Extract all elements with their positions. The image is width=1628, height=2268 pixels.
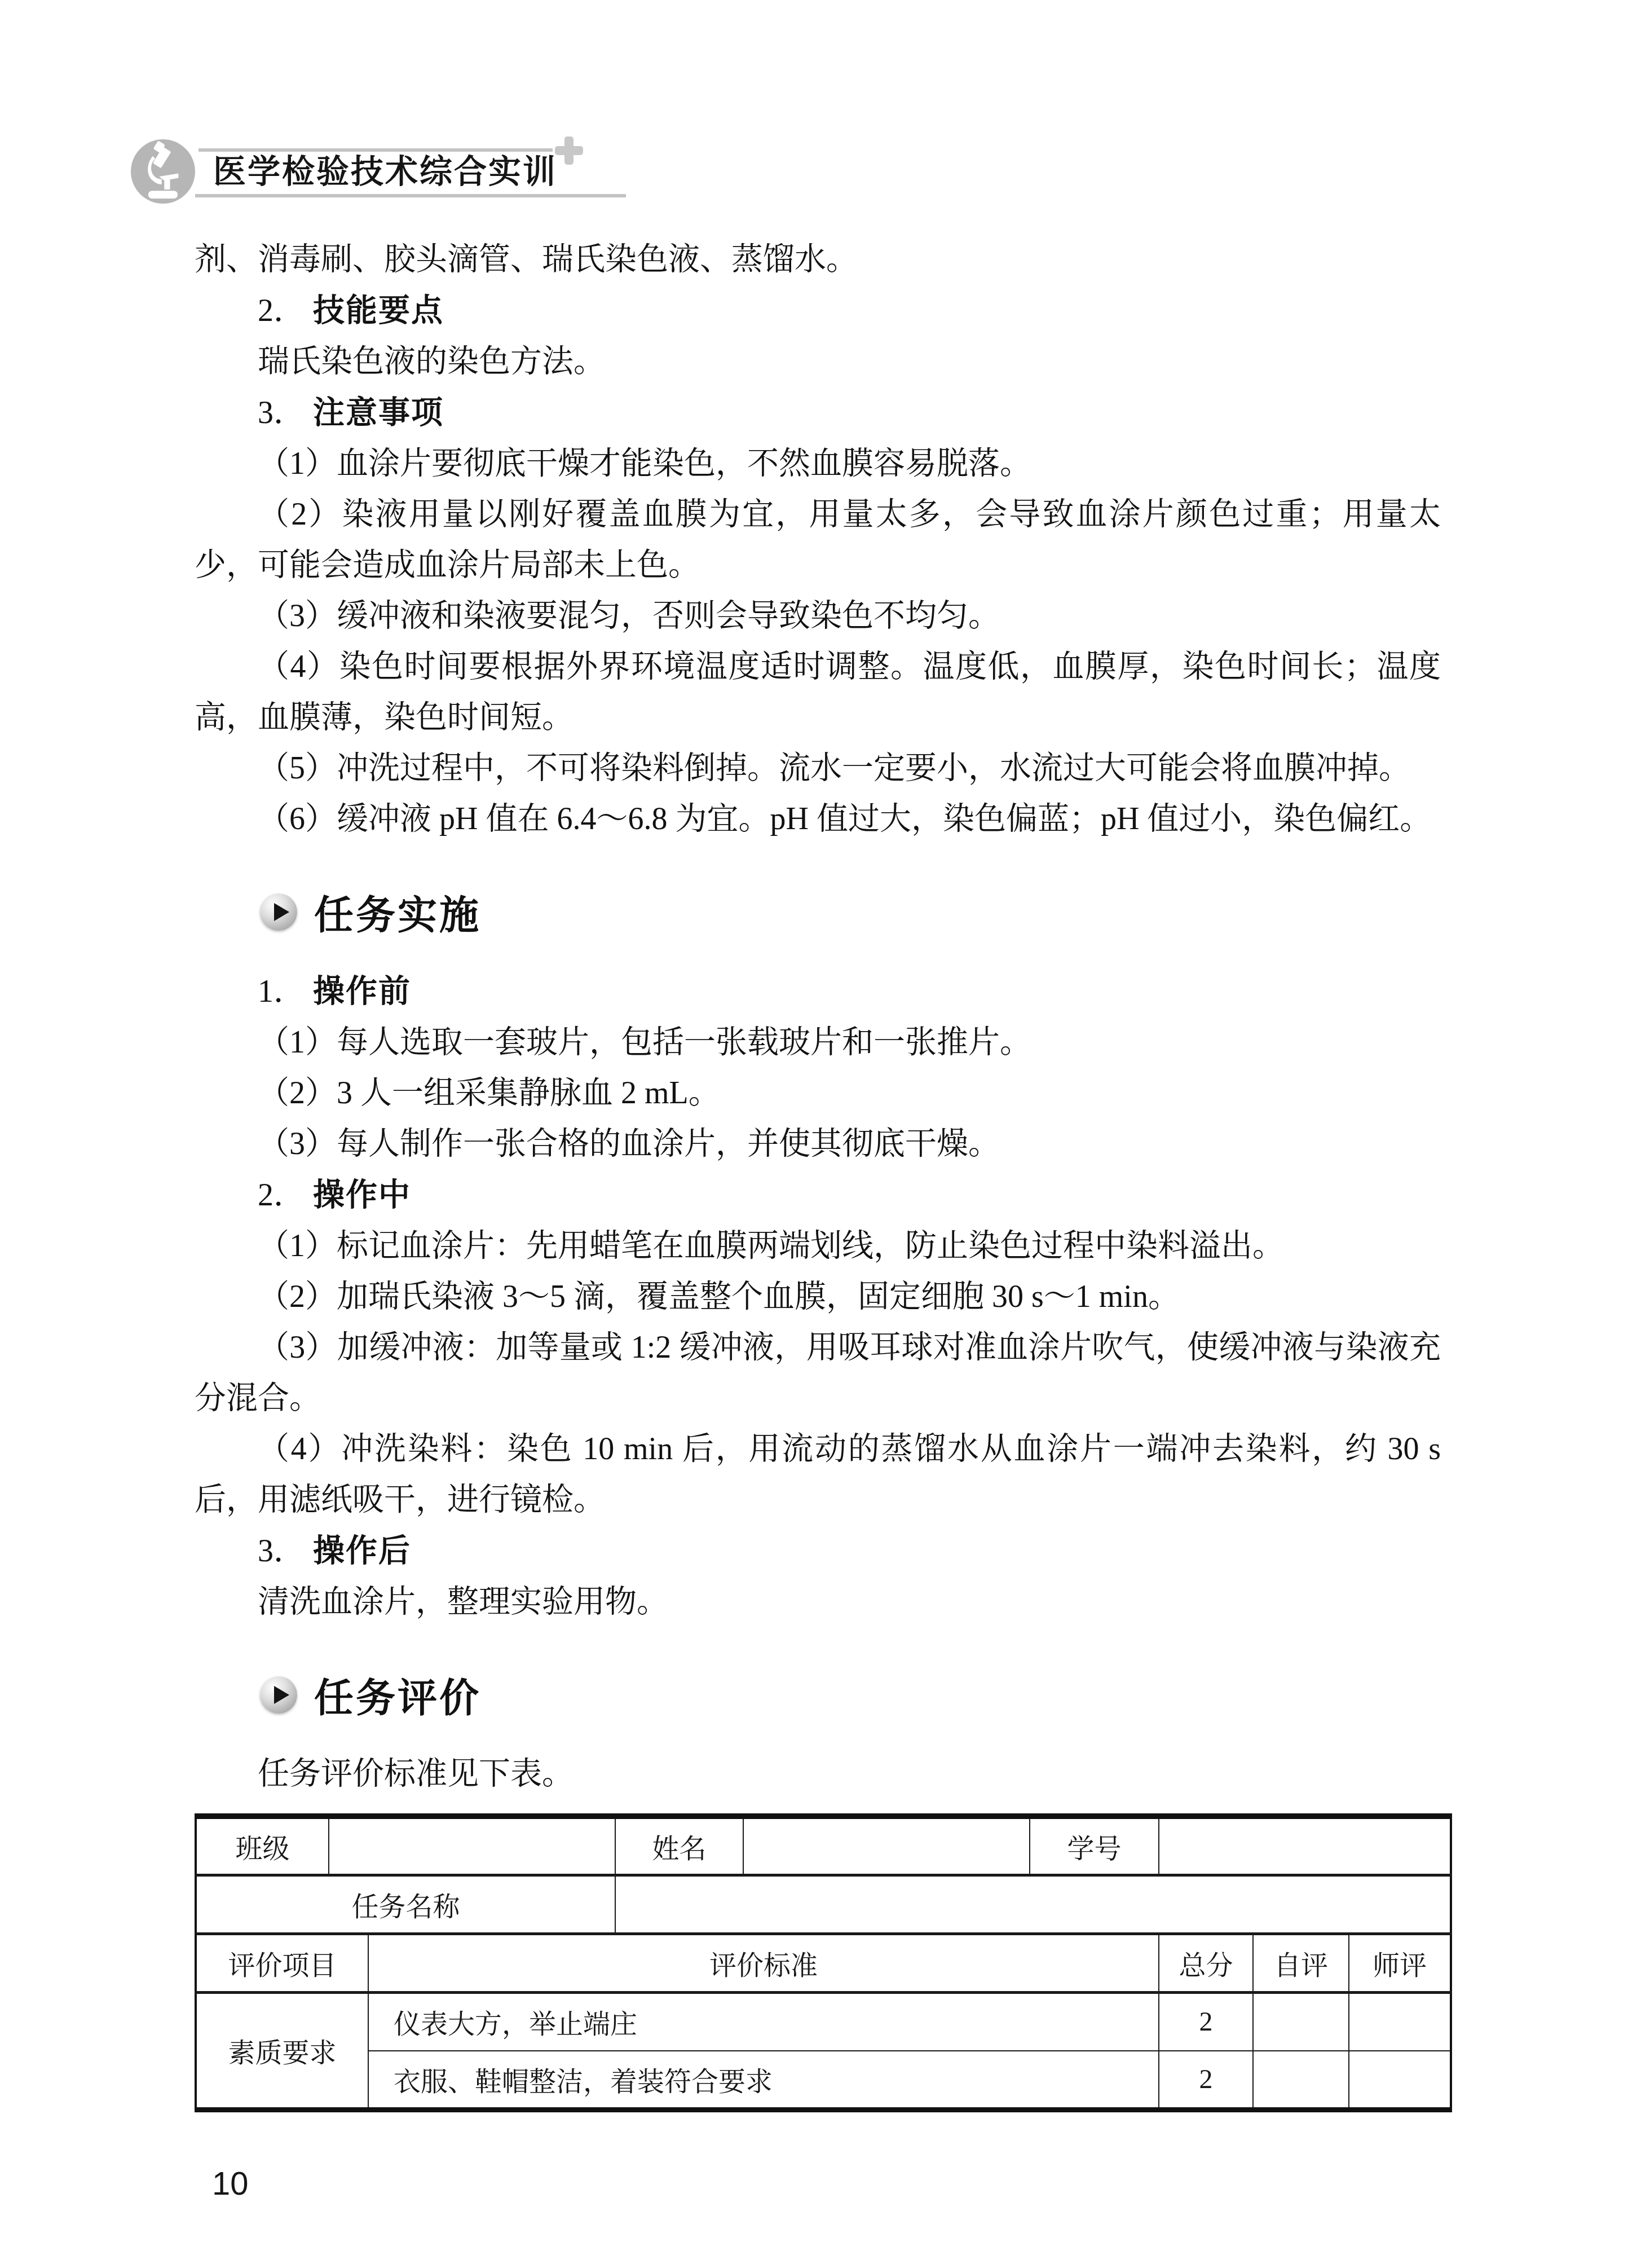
name-label-cell: 姓名: [615, 1816, 743, 1875]
body-paragraph: （4）冲洗染料：染色 10 min 后，用流动的蒸馏水从血涂片一端冲去染料，约 …: [195, 1424, 1441, 1525]
body-paragraph: 剂、消毒刷、胶头滴管、瑞氏染色液、蒸馏水。: [195, 234, 1441, 285]
table-row: 素质要求 仪表大方，举止端庄 2: [196, 1992, 1451, 2051]
subsection-heading: 2．技能要点: [195, 285, 1441, 336]
section-title: 任务实施: [314, 884, 481, 941]
microscope-icon: [131, 139, 195, 204]
body-paragraph: （4）染色时间要根据外界环境温度适时调整。温度低，血膜厚，染色时间长；温度高，血…: [195, 641, 1441, 743]
total-score-cell: 2: [1159, 1992, 1253, 2051]
teacher-header-cell: 师评: [1349, 1934, 1451, 1992]
body-paragraph: （1）血涂片要彻底干燥才能染色，不然血膜容易脱落。: [195, 438, 1441, 489]
task-name-value-cell: [615, 1875, 1451, 1934]
self-score-cell: [1253, 2051, 1349, 2110]
table-header-row: 评价项目 评价标准 总分 自评 师评: [196, 1934, 1451, 1992]
class-value-cell: [329, 1816, 615, 1875]
eval-criteria-header-cell: 评价标准: [368, 1934, 1159, 1992]
subsection-heading: 1．操作前: [195, 966, 1441, 1017]
play-icon: [260, 893, 297, 931]
student-id-value-cell: [1159, 1816, 1451, 1875]
subsection-heading: 3．操作后: [195, 1525, 1441, 1576]
subsection-label: 技能要点: [313, 292, 444, 328]
body-paragraph: （2）3 人一组采集静脉血 2 mL。: [195, 1068, 1441, 1118]
body-paragraph: （2）染液用量以刚好覆盖血膜为宜，用量太多，会导致血涂片颜色过重；用量太少，可能…: [195, 489, 1441, 591]
body-paragraph: （3）每人制作一张合格的血涂片，并使其彻底干燥。: [195, 1118, 1441, 1169]
criteria-cell: 仪表大方，举止端庄: [368, 1992, 1159, 2051]
textbook-page: 医学检验技术综合实训 剂、消毒刷、胶头滴管、瑞氏染色液、蒸馏水。 2．技能要点 …: [0, 0, 1628, 2268]
eval-item-header-cell: 评价项目: [196, 1934, 368, 1992]
subsection-label: 操作后: [313, 1532, 411, 1568]
total-score-cell: 2: [1159, 2051, 1253, 2110]
subsection-number: 3．: [258, 395, 305, 430]
body-paragraph: 瑞氏染色液的染色方法。: [195, 336, 1441, 387]
subsection-label: 操作前: [313, 973, 411, 1009]
student-id-label-cell: 学号: [1030, 1816, 1159, 1875]
book-title: 医学检验技术综合实训: [213, 155, 557, 190]
task-name-label-cell: 任务名称: [196, 1875, 615, 1934]
header-rule-bottom: [195, 194, 626, 197]
page-number: 10: [212, 2165, 249, 2203]
total-header-cell: 总分: [1159, 1934, 1253, 1992]
body-paragraph: （3）缓冲液和染液要混匀，否则会导致染色不均匀。: [195, 591, 1441, 641]
teacher-score-cell: [1349, 2051, 1451, 2110]
subsection-label: 注意事项: [313, 394, 444, 430]
body-paragraph: （1）标记血涂片：先用蜡笔在血膜两端划线，防止染色过程中染料溢出。: [195, 1221, 1441, 1271]
body-paragraph: 清洗血涂片，整理实验用物。: [195, 1576, 1441, 1627]
subsection-number: 2．: [258, 293, 305, 328]
table-row: 任务名称: [196, 1875, 1451, 1934]
body-paragraph: （1）每人选取一套玻片，包括一张载玻片和一张推片。: [195, 1017, 1441, 1068]
body-paragraph: 任务评价标准见下表。: [195, 1749, 1441, 1799]
quality-requirement-cell: 素质要求: [196, 1992, 368, 2110]
subsection-heading: 3．注意事项: [195, 387, 1441, 438]
subsection-number: 3．: [258, 1534, 305, 1569]
class-label-cell: 班级: [196, 1816, 329, 1875]
subsection-label: 操作中: [313, 1177, 411, 1212]
body-paragraph: （3）加缓冲液：加等量或 1:2 缓冲液，用吸耳球对准血涂片吹气，使缓冲液与染液…: [195, 1322, 1441, 1424]
criteria-cell: 衣服、鞋帽整洁，着装符合要求: [368, 2051, 1159, 2110]
page-body: 剂、消毒刷、胶头滴管、瑞氏染色液、蒸馏水。 2．技能要点 瑞氏染色液的染色方法。…: [0, 0, 1628, 1799]
section-heading-task-evaluation: 任务评价: [195, 1667, 1441, 1723]
subsection-number: 1．: [258, 974, 305, 1009]
body-paragraph: （5）冲洗过程中，不可将染料倒掉。流水一定要小，水流过大可能会将血膜冲掉。: [195, 743, 1441, 794]
section-title: 任务评价: [314, 1667, 481, 1724]
self-score-cell: [1253, 1992, 1349, 2051]
subsection-heading: 2．操作中: [195, 1169, 1441, 1221]
evaluation-table: 班级 姓名 学号 任务名称 评价项目 评价标准 总分 自评 师评 素质要求 仪表…: [195, 1813, 1452, 2112]
section-heading-task-implementation: 任务实施: [195, 884, 1441, 940]
table-row: 衣服、鞋帽整洁，着装符合要求 2: [196, 2051, 1451, 2110]
self-header-cell: 自评: [1253, 1934, 1349, 1992]
subsection-number: 2．: [258, 1178, 305, 1213]
table-row: 班级 姓名 学号: [196, 1816, 1451, 1875]
play-icon: [260, 1676, 297, 1714]
plus-icon: [554, 135, 584, 166]
page-header: 医学检验技术综合实训: [0, 0, 1628, 226]
body-paragraph: （2）加瑞氏染液 3～5 滴，覆盖整个血膜，固定细胞 30 s～1 min。: [195, 1271, 1441, 1322]
name-value-cell: [743, 1816, 1030, 1875]
body-paragraph: （6）缓冲液 pH 值在 6.4～6.8 为宜。pH 值过大，染色偏蓝；pH 值…: [195, 794, 1441, 844]
header-rule-top: [198, 148, 553, 152]
teacher-score-cell: [1349, 1992, 1451, 2051]
